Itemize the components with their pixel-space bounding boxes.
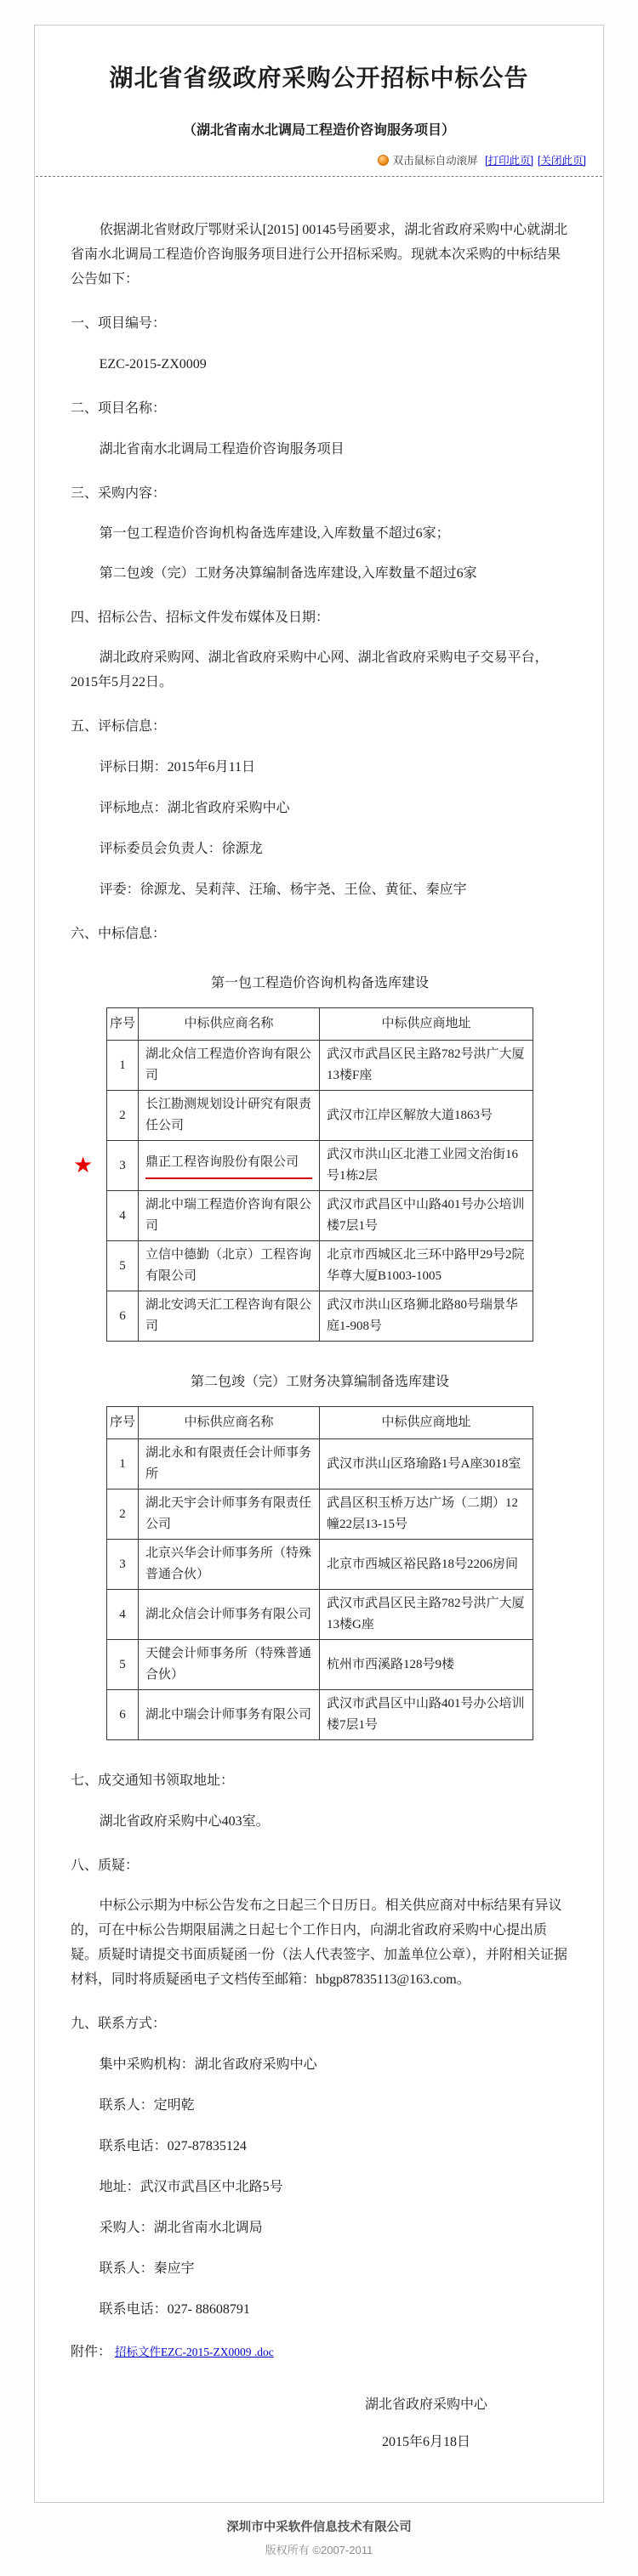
table-header-row: 序号 中标供应商名称 中标供应商地址 [107,1407,533,1439]
signature-org: 湖北省政府采购中心 [324,2393,528,2417]
supplier-address: 杭州市西溪路128号9楼 [320,1640,533,1690]
footer-copyright: 版权所有 ©2007-2011 [0,2541,638,2557]
evaluation-date: 评标日期：2015年6月11日 [100,756,569,780]
contact-phone-1: 联系电话：027-87835124 [100,2135,569,2159]
footer-company: 深圳市中采软件信息技术有限公司 [0,2517,638,2535]
supplier-address: 北京市西城区裕民路18号2206房间 [320,1540,533,1590]
evaluation-place: 评标地点：湖北省政府采购中心 [100,797,569,820]
table-row: 5 立信中德勤（北京）工程咨询有限公司 北京市西城区北三环中路甲29号2院华尊大… [107,1241,533,1291]
row-number: 4 [107,1191,139,1241]
evaluation-leader: 评标委员会负责人：徐源龙 [100,837,569,861]
attachment-row: 附件： 招标文件EZC-2015-ZX0009 .doc [71,2341,569,2364]
section-heading-2: 二、项目名称： [71,397,569,421]
supplier-name: 湖北中瑞会计师事务有限公司 [139,1690,320,1740]
table-row: 2 湖北天宇会计师事务有限责任公司 武昌区积玉桥万达广场（二期）12幢22层13… [107,1489,533,1540]
contact-address: 地址：武汉市武昌区中北路5号 [100,2176,569,2199]
table-row: 3 北京兴华会计师事务所（特殊普通合伙） 北京市西城区裕民路18号2206房间 [107,1540,533,1590]
column-header-no: 序号 [107,1407,139,1439]
site-footer: 深圳市中采软件信息技术有限公司 版权所有 ©2007-2011 [0,2517,638,2557]
supplier-name: 湖北众信会计师事务有限公司 [139,1590,320,1640]
section-heading-5: 五、评标信息： [71,715,569,739]
row-number: 4 [107,1590,139,1640]
supplier-address: 武汉市洪山区珞狮北路80号瑞景华庭1-908号 [320,1291,533,1342]
row-number: 6 [107,1291,139,1342]
notice-pickup-address: 湖北省政府采购中心403室。 [100,1810,569,1834]
page-subtitle: （湖北省南水北调局工程造价咨询服务项目） [59,119,579,139]
column-header-supplier-name: 中标供应商名称 [139,1008,320,1041]
winners-table-package2: 序号 中标供应商名称 中标供应商地址 1 湖北永和有限责任会计师事务所 武汉市洪… [106,1406,533,1740]
supplier-address: 武汉市武昌区中山路401号办公培训楼7层1号 [320,1191,533,1241]
purchaser: 采购人：湖北省南水北调局 [100,2216,569,2240]
publish-media-date: 湖北政府采购网、湖北省政府采购中心网、湖北省政府采购电子交易平台，2015年5月… [71,645,569,695]
contact-agency: 集中采购机构：湖北省政府采购中心 [100,2053,569,2077]
signature-date: 2015年6月18日 [324,2431,528,2454]
supplier-name: 湖北安鸿天汇工程咨询有限公司 [139,1291,320,1342]
column-header-no: 序号 [107,1008,139,1041]
supplier-address: 武汉市武昌区民主路782号洪广大厦13楼F座 [320,1041,533,1091]
row-number: 5 [107,1640,139,1690]
close-page-link[interactable]: [关闭此页] [538,155,586,167]
table-row: 6 湖北安鸿天汇工程咨询有限公司 武汉市洪山区珞狮北路80号瑞景华庭1-908号 [107,1291,533,1342]
table-row: 4 湖北中瑞工程造价咨询有限公司 武汉市武昌区中山路401号办公培训楼7层1号 [107,1191,533,1241]
red-underlined-supplier-name: 鼎正工程咨询股份有限公司 [145,1152,312,1179]
row-number: 6 [107,1690,139,1740]
row-number: 3 [107,1540,139,1590]
evaluation-judges: 评委：徐源龙、吴莉萍、汪瑜、杨宇尧、王俭、黄征、秦应宇 [100,878,569,902]
table-row: 4 湖北众信会计师事务有限公司 武汉市武昌区民主路782号洪广大厦13楼G座 [107,1590,533,1640]
red-star-icon: ★ [73,1155,93,1177]
column-header-supplier-address: 中标供应商地址 [320,1407,533,1439]
table-header-row: 序号 中标供应商名称 中标供应商地址 [107,1008,533,1041]
row-number: 1 [107,1439,139,1489]
print-page-link[interactable]: [打印此页] [485,155,533,167]
package1-content: 第一包工程造价咨询机构备选库建设,入库数量不超过6家； [71,521,569,546]
table-row-highlighted: ★3 鼎正工程咨询股份有限公司 武汉市洪山区北港工业园文治街16号1栋2层 [107,1141,533,1191]
section-heading-4: 四、招标公告、招标文件发布媒体及日期： [71,606,569,630]
page-title: 湖北省省级政府采购公开招标中标公告 [59,60,579,94]
supplier-name: 北京兴华会计师事务所（特殊普通合伙） [139,1540,320,1590]
winners-table-package1: 序号 中标供应商名称 中标供应商地址 1 湖北众信工程造价咨询有限公司 武汉市武… [106,1007,533,1342]
contact-person-2: 联系人：秦应宇 [100,2257,569,2281]
project-number: EZC-2015-ZX0009 [100,353,569,377]
signature-block: 湖北省政府采购中心 2015年6月18日 [324,2393,528,2454]
row-number: 1 [107,1041,139,1091]
supplier-address: 武汉市江岸区解放大道1863号 [320,1091,533,1141]
section-heading-7: 七、成交通知书领取地址： [71,1769,569,1793]
supplier-name: 湖北永和有限责任会计师事务所 [139,1439,320,1489]
objection-paragraph: 中标公示期为中标公告发布之日起三个日历日。相关供应商对中标结果有异议的，可在中标… [71,1893,569,1992]
supplier-address: 武汉市武昌区中山路401号办公培训楼7层1号 [320,1690,533,1740]
attachment-doc-link[interactable]: 招标文件EZC-2015-ZX0009 .doc [115,2346,274,2358]
section-heading-3: 三、采购内容： [71,482,569,506]
supplier-address: 武汉市武昌区民主路782号洪广大厦13楼G座 [320,1590,533,1640]
supplier-name: 长江勘测规划设计研究有限责任公司 [139,1091,320,1141]
autoscroll-icon [378,155,389,166]
supplier-name-highlighted: 鼎正工程咨询股份有限公司 [139,1141,320,1191]
supplier-name: 立信中德勤（北京）工程咨询有限公司 [139,1241,320,1291]
project-name: 湖北省南水北调局工程造价咨询服务项目 [100,438,569,462]
supplier-address: 武汉市洪山区北港工业园文治街16号1栋2层 [320,1141,533,1191]
row-number-text: 3 [119,1159,126,1172]
announcement-card: 湖北省省级政府采购公开招标中标公告 （湖北省南水北调局工程造价咨询服务项目） 双… [34,25,604,2503]
column-header-supplier-name: 中标供应商名称 [139,1407,320,1439]
row-number: 5 [107,1241,139,1291]
announcement-body: 依据湖北省财政厅鄂财采认[2015] 00145号函要求，湖北省政府采购中心就湖… [35,177,603,2454]
supplier-name: 湖北众信工程造价咨询有限公司 [139,1041,320,1091]
table-row: 1 湖北众信工程造价咨询有限公司 武汉市武昌区民主路782号洪广大厦13楼F座 [107,1041,533,1091]
attachment-label: 附件： [71,2345,111,2359]
row-number: 2 [107,1091,139,1141]
supplier-name: 天健会计师事务所（特殊普通合伙） [139,1640,320,1690]
table-row: 5 天健会计师事务所（特殊普通合伙） 杭州市西溪路128号9楼 [107,1640,533,1690]
table-row: 1 湖北永和有限责任会计师事务所 武汉市洪山区珞瑜路1号A座3018室 [107,1439,533,1489]
section-heading-6: 六、中标信息： [71,922,569,946]
table-row: 6 湖北中瑞会计师事务有限公司 武汉市武昌区中山路401号办公培训楼7层1号 [107,1690,533,1740]
section-heading-9: 九、联系方式： [71,2012,569,2036]
table-row: 2 长江勘测规划设计研究有限责任公司 武汉市江岸区解放大道1863号 [107,1091,533,1141]
autoscroll-label: 双击鼠标自动滚屏 [393,155,478,167]
toolbar: 双击鼠标自动滚屏 [打印此页][关闭此页] [35,139,603,171]
supplier-address: 武汉市洪山区珞瑜路1号A座3018室 [320,1439,533,1489]
intro-paragraph: 依据湖北省财政厅鄂财采认[2015] 00145号函要求，湖北省政府采购中心就湖… [71,218,569,292]
contact-phone-2: 联系电话：027- 88608791 [100,2298,569,2322]
package2-content: 第二包竣（完）工财务决算编制备选库建设,入库数量不超过6家 [71,561,569,586]
supplier-address: 武昌区积玉桥万达广场（二期）12幢22层13-15号 [320,1489,533,1540]
supplier-name: 湖北天宇会计师事务有限责任公司 [139,1489,320,1540]
section-heading-1: 一、项目编号： [71,312,569,336]
supplier-address: 北京市西城区北三环中路甲29号2院华尊大厦B1003-1005 [320,1241,533,1291]
row-number: ★3 [107,1141,139,1191]
supplier-name: 湖北中瑞工程造价咨询有限公司 [139,1191,320,1241]
row-number: 2 [107,1489,139,1540]
contact-person-1: 联系人：定明乾 [100,2094,569,2118]
table1-caption: 第一包工程造价咨询机构备选库建设 [71,972,569,996]
section-heading-8: 八、质疑： [71,1854,569,1878]
table2-caption: 第二包竣（完）工财务决算编制备选库建设 [71,1370,569,1394]
column-header-supplier-address: 中标供应商地址 [320,1008,533,1041]
